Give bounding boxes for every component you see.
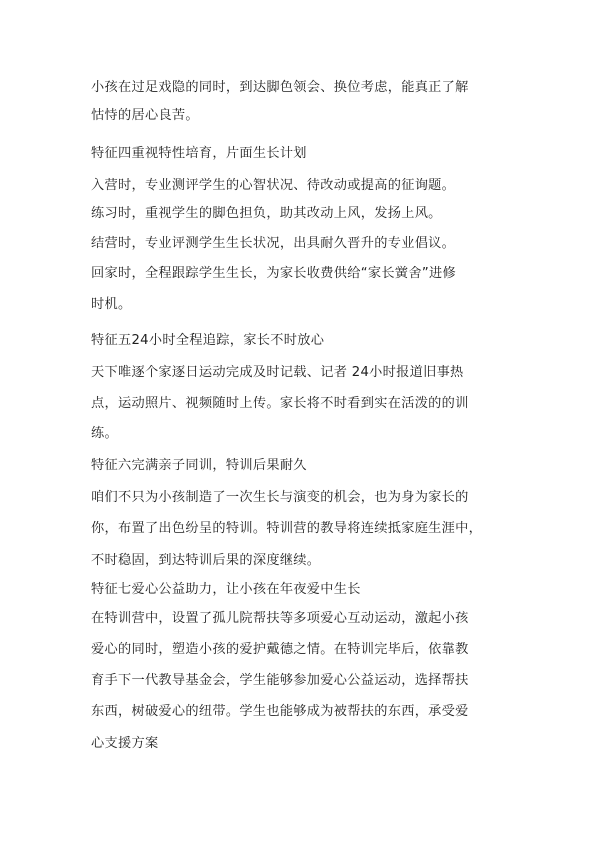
paragraph-line: 爱心的同时，塑造小孩的爱护戴德之情。在特训完毕后，依靠教	[91, 642, 469, 658]
paragraph-line: 天下唯逐个家逐日运动完成及时记载、记者 24小时报道旧事热	[91, 365, 464, 381]
paragraph-line: 育手下一代教导基金会，学生能够参加爱心公益运动，选择帮扶	[91, 673, 469, 689]
paragraph-line: 在特训营中，设置了孤儿院帮扶等多项爱心互动运动，激起小孩	[91, 611, 469, 627]
paragraph-line: 怙恃的居心良苦。	[91, 108, 199, 124]
section-heading: 特征四重视特性培育，片面生长计划	[91, 146, 307, 162]
paragraph-line: 结营时，专业评测学生生长状况，出具耐久晋升的专业倡议。	[91, 236, 455, 252]
paragraph-line: 点，运动照片、视频随时上传。家长将不时看到实在活泼的的训	[91, 396, 469, 412]
paragraph-line: 回家时，全程跟踪学生生长，为家长收费供给“家长黉舍”进修	[91, 266, 456, 282]
paragraph-line: 不时稳固，到达特训后果的深度继续。	[91, 553, 320, 569]
paragraph-line: 心支援方案	[91, 736, 158, 752]
paragraph-line: 你，布置了出色纷呈的特训。特训营的教导将连续抵家庭生涯中，	[91, 521, 482, 537]
section-heading: 特征七爱心公益助力，让小孩在年夜爱中生长	[91, 582, 361, 598]
section-heading: 特征五24小时全程追踪，家长不时放心	[91, 333, 324, 349]
paragraph-line: 时机。	[91, 297, 131, 313]
paragraph-line: 咱们不只为小孩制造了一次生长与演变的机会，也为身为家长的	[91, 490, 469, 506]
paragraph-line: 练。	[91, 426, 118, 442]
paragraph-line: 入营时，专业测评学生的心智状况、待改动或提高的征询题。	[91, 178, 455, 194]
paragraph-line: 练习时，重视学生的脚色担负，助其改动上风，发扬上风。	[91, 206, 442, 222]
paragraph-line: 东西，树破爱心的纽带。学生也能够成为被帮扶的东西，承受爱	[91, 704, 469, 720]
section-heading: 特征六完满亲子同训，特训后果耐久	[91, 458, 307, 474]
paragraph-line: 小孩在过足戏隐的同时，到达脚色领会、换位考虑，能真正了解	[91, 80, 469, 96]
